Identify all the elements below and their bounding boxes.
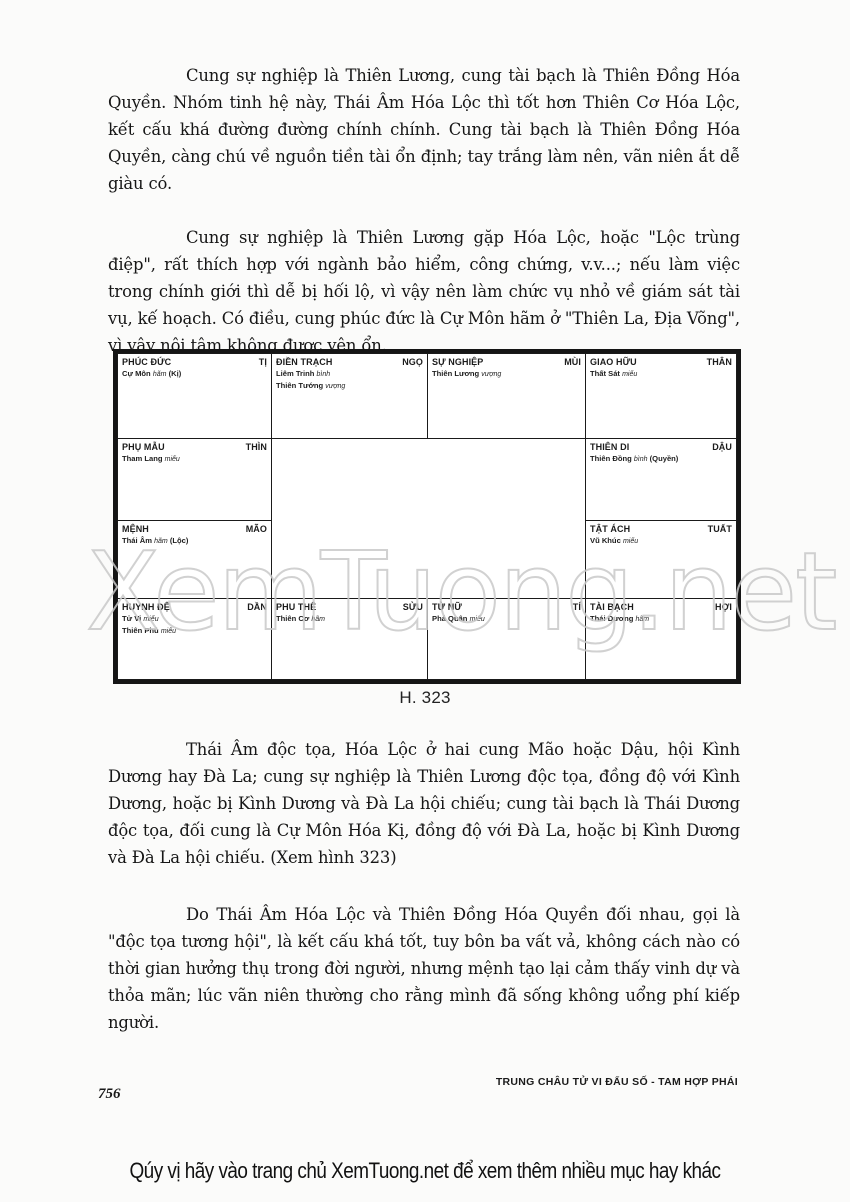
palace-name: THIÊN DI xyxy=(590,442,629,453)
palace-branch: TỊ xyxy=(259,357,267,368)
palace-menh: MỆNHMÃO Thái Âm hãm (Lộc) xyxy=(117,520,272,599)
palace-name: PHÚC ĐỨC xyxy=(122,357,171,368)
palace-branch: DẬU xyxy=(712,442,732,453)
palace-huynh-de: HUYNH ĐỆDẦN Tử Vi miếu Thiên Phủ miếu xyxy=(117,598,272,680)
palace-name: PHU THÊ xyxy=(276,602,316,613)
palace-thien-di: THIÊN DIDẬU Thiên Đồng bình (Quyền) xyxy=(585,438,737,521)
palace-branch: TÍ xyxy=(573,602,581,613)
paragraph-4-text: Do Thái Âm Hóa Lộc và Thiên Đồng Hóa Quy… xyxy=(108,905,740,1032)
palace-name: TẬT ÁCH xyxy=(590,524,630,535)
star-line: Vũ Khúc miếu xyxy=(590,535,732,547)
palace-tai-bach: TÀI BẠCHHỢI Thái Dương hãm xyxy=(585,598,737,680)
star-line: Thiên Lương vượng xyxy=(432,368,581,380)
chart-center-blank xyxy=(271,438,586,599)
palace-name: GIAO HỮU xyxy=(590,357,637,368)
book-page: Cung sự nghiệp là Thiên Lương, cung tài … xyxy=(0,0,850,1202)
star-line: Thái Âm hãm (Lộc) xyxy=(122,535,267,547)
page-number: 756 xyxy=(98,1086,121,1103)
star-line: Cự Môn hãm (Kị) xyxy=(122,368,267,380)
palace-tu-nu: TỬ NỮTÍ Phá Quân miếu xyxy=(427,598,586,680)
star-line: Thiên Cơ hãm xyxy=(276,613,423,625)
paragraph-2: Cung sự nghiệp là Thiên Lương gặp Hóa Lộ… xyxy=(108,224,740,359)
horoscope-chart: PHÚC ĐỨCTỊ Cự Môn hãm (Kị) ĐIỀN TRẠCHNGỌ… xyxy=(113,349,741,684)
palace-name: TÀI BẠCH xyxy=(590,602,634,613)
site-promo-banner[interactable]: Qúy vị hãy vào trang chủ XemTuong.net để… xyxy=(60,1158,791,1184)
palace-giao-huu: GIAO HỮUTHÂN Thất Sát miếu xyxy=(585,353,737,439)
palace-phu-the: PHU THÊSỬU Thiên Cơ hãm xyxy=(271,598,428,680)
palace-name: HUYNH ĐỆ xyxy=(122,602,170,613)
star-line: Tử Vi miếu xyxy=(122,613,267,625)
palace-name: MỆNH xyxy=(122,524,149,535)
palace-branch: THÂN xyxy=(707,357,732,368)
palace-branch: NGỌ xyxy=(402,357,423,368)
palace-branch: MÙI xyxy=(564,357,581,368)
palace-branch: HỢI xyxy=(715,602,732,613)
star-line: Thiên Đồng bình (Quyền) xyxy=(590,453,732,465)
palace-branch: TUẤT xyxy=(708,524,732,535)
palace-branch: MÃO xyxy=(246,524,267,535)
star-line: Liêm Trinh bình xyxy=(276,368,423,380)
star-line: Thất Sát miếu xyxy=(590,368,732,380)
palace-dien-trach: ĐIỀN TRẠCHNGỌ Liêm Trinh bình Thiên Tướn… xyxy=(271,353,428,439)
palace-phu-mau: PHỤ MẪUTHÌN Tham Lang miếu xyxy=(117,438,272,521)
palace-name: ĐIỀN TRẠCH xyxy=(276,357,333,368)
palace-branch: SỬU xyxy=(403,602,423,613)
paragraph-1: Cung sự nghiệp là Thiên Lương, cung tài … xyxy=(108,62,740,197)
palace-tat-ach: TẬT ÁCHTUẤT Vũ Khúc miếu xyxy=(585,520,737,599)
running-footer-title: TRUNG CHÂU TỬ VI ĐẨU SỐ - TAM HỢP PHÁI xyxy=(496,1076,738,1088)
palace-branch: THÌN xyxy=(246,442,267,453)
paragraph-3-text: Thái Âm độc tọa, Hóa Lộc ở hai cung Mão … xyxy=(108,740,740,867)
figure-caption: H. 323 xyxy=(0,688,850,708)
palace-name: PHỤ MẪU xyxy=(122,442,165,453)
star-line: Tham Lang miếu xyxy=(122,453,267,465)
palace-branch: DẦN xyxy=(247,602,267,613)
paragraph-2-text: Cung sự nghiệp là Thiên Lương gặp Hóa Lộ… xyxy=(108,228,740,355)
star-line: Thiên Phủ miếu xyxy=(122,625,267,637)
paragraph-1-text: Cung sự nghiệp là Thiên Lương, cung tài … xyxy=(108,66,740,193)
palace-phuc-duc: PHÚC ĐỨCTỊ Cự Môn hãm (Kị) xyxy=(117,353,272,439)
palace-name: SỰ NGHIỆP xyxy=(432,357,483,368)
star-line: Phá Quân miếu xyxy=(432,613,581,625)
star-line: Thái Dương hãm xyxy=(590,613,732,625)
palace-name: TỬ NỮ xyxy=(432,602,462,613)
paragraph-4: Do Thái Âm Hóa Lộc và Thiên Đồng Hóa Quy… xyxy=(108,901,740,1036)
paragraph-3: Thái Âm độc tọa, Hóa Lộc ở hai cung Mão … xyxy=(108,736,740,871)
palace-su-nghiep: SỰ NGHIỆPMÙI Thiên Lương vượng xyxy=(427,353,586,439)
star-line: Thiên Tướng vượng xyxy=(276,380,423,392)
